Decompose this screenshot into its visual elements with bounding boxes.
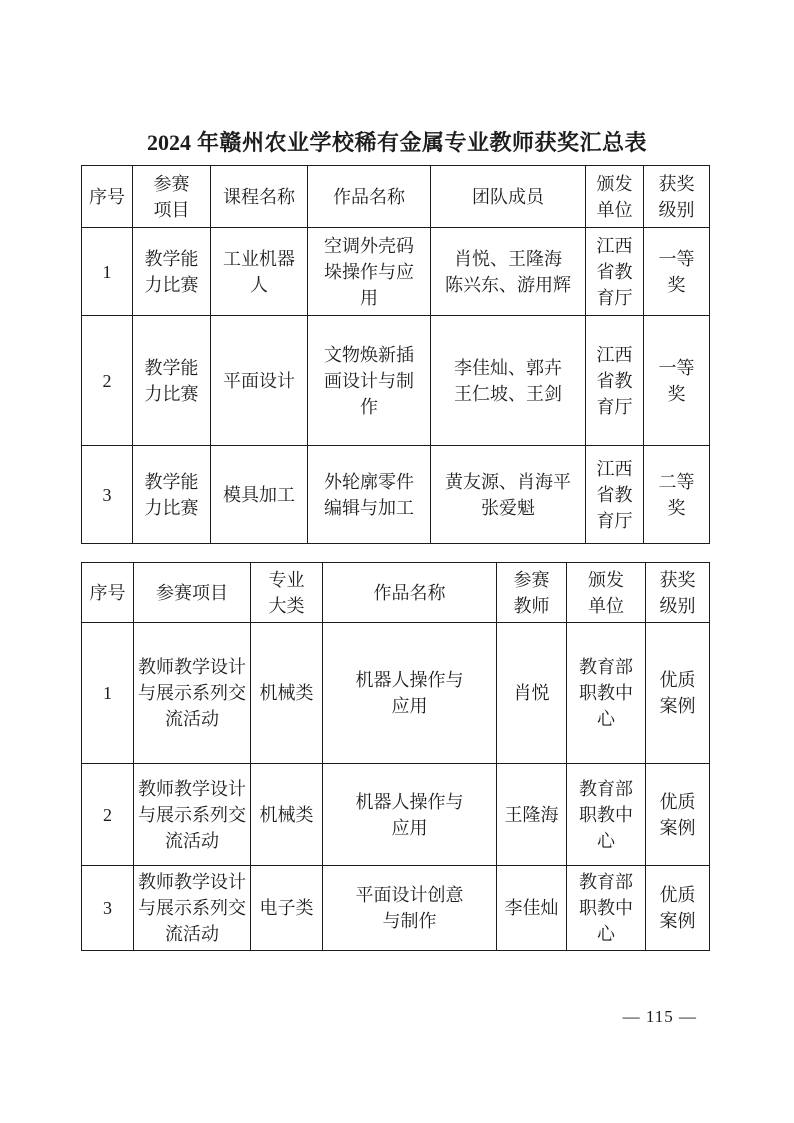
header-event: 参赛项目 (134, 563, 251, 623)
cell-work: 空调外壳码 垛操作与应 用 (308, 228, 431, 316)
header-work: 作品名称 (323, 563, 497, 623)
page-number: — 115 — (623, 1006, 697, 1028)
table-row: 1 教学能 力比赛 工业机器 人 空调外壳码 垛操作与应 用 肖悦、王隆海 陈兴… (82, 228, 710, 316)
table-row: 2 教学能 力比赛 平面设计 文物焕新插 画设计与制 作 李佳灿、郭卉 王仁坡、… (82, 316, 710, 446)
header-work: 作品名称 (308, 166, 431, 228)
cell-award-level: 优质 案例 (646, 623, 710, 764)
cell-course: 模具加工 (211, 446, 308, 544)
cell-serial: 3 (82, 866, 134, 951)
table-row: 2 教师教学设计 与展示系列交 流活动 机械类 机器人操作与 应用 王隆海 教育… (82, 764, 710, 866)
cell-event: 教学能 力比赛 (133, 228, 211, 316)
table-row: 3 教学能 力比赛 模具加工 外轮廓零件 编辑与加工 黄友源、肖海平 张爱魁 江… (82, 446, 710, 544)
header-major-category: 专业 大类 (251, 563, 323, 623)
header-serial: 序号 (82, 563, 134, 623)
cell-event: 教师教学设计 与展示系列交 流活动 (134, 764, 251, 866)
cell-team: 黄友源、肖海平 张爱魁 (431, 446, 586, 544)
header-serial: 序号 (82, 166, 133, 228)
cell-issuer: 江西 省教 育厅 (586, 446, 644, 544)
cell-teacher: 肖悦 (497, 623, 567, 764)
cell-issuer: 教育部 职教中 心 (567, 764, 646, 866)
header-course: 课程名称 (211, 166, 308, 228)
header-teacher: 参赛 教师 (497, 563, 567, 623)
cell-serial: 3 (82, 446, 133, 544)
cell-serial: 2 (82, 316, 133, 446)
table-row: 1 教师教学设计 与展示系列交 流活动 机械类 机器人操作与 应用 肖悦 教育部… (82, 623, 710, 764)
cell-major-category: 机械类 (251, 764, 323, 866)
cell-work: 文物焕新插 画设计与制 作 (308, 316, 431, 446)
title-year: 2024 (147, 130, 191, 155)
cell-event: 教学能 力比赛 (133, 316, 211, 446)
cell-issuer: 教育部 职教中 心 (567, 623, 646, 764)
title-text: 年赣州农业学校稀有金属专业教师获奖汇总表 (197, 130, 647, 155)
header-issuer: 颁发 单位 (567, 563, 646, 623)
cell-work: 机器人操作与 应用 (323, 623, 497, 764)
cell-work: 机器人操作与 应用 (323, 764, 497, 866)
cell-event: 教学能 力比赛 (133, 446, 211, 544)
cell-team: 李佳灿、郭卉 王仁坡、王剑 (431, 316, 586, 446)
cell-award-level: 优质 案例 (646, 866, 710, 951)
cell-issuer: 江西 省教 育厅 (586, 228, 644, 316)
cell-award-level: 一等 奖 (644, 228, 710, 316)
table-header-row: 序号 参赛项目 专业 大类 作品名称 参赛 教师 颁发 单位 获奖 级别 (82, 563, 710, 623)
header-event: 参赛 项目 (133, 166, 211, 228)
cell-major-category: 电子类 (251, 866, 323, 951)
cell-serial: 1 (82, 623, 134, 764)
cell-teacher: 王隆海 (497, 764, 567, 866)
cell-award-level: 优质 案例 (646, 764, 710, 866)
cell-work: 外轮廓零件 编辑与加工 (308, 446, 431, 544)
header-award-level: 获奖 级别 (646, 563, 710, 623)
cell-major-category: 机械类 (251, 623, 323, 764)
cell-team: 肖悦、王隆海 陈兴东、游用辉 (431, 228, 586, 316)
awards-table-provincial: 序号 参赛 项目 课程名称 作品名称 团队成员 颁发 单位 获奖 级别 1 教学… (81, 165, 710, 544)
cell-issuer: 教育部 职教中 心 (567, 866, 646, 951)
awards-table-national: 序号 参赛项目 专业 大类 作品名称 参赛 教师 颁发 单位 获奖 级别 1 教… (81, 562, 710, 951)
table-row: 3 教师教学设计 与展示系列交 流活动 电子类 平面设计创意 与制作 李佳灿 教… (82, 866, 710, 951)
document-page: 2024年赣州农业学校稀有金属专业教师获奖汇总表 序号 参赛 项目 课程名称 作… (0, 0, 794, 1123)
header-award-level: 获奖 级别 (644, 166, 710, 228)
cell-issuer: 江西 省教 育厅 (586, 316, 644, 446)
cell-course: 工业机器 人 (211, 228, 308, 316)
table-header-row: 序号 参赛 项目 课程名称 作品名称 团队成员 颁发 单位 获奖 级别 (82, 166, 710, 228)
cell-work: 平面设计创意 与制作 (323, 866, 497, 951)
page-title: 2024年赣州农业学校稀有金属专业教师获奖汇总表 (0, 128, 794, 158)
header-issuer: 颁发 单位 (586, 166, 644, 228)
cell-award-level: 一等 奖 (644, 316, 710, 446)
cell-course: 平面设计 (211, 316, 308, 446)
cell-serial: 1 (82, 228, 133, 316)
cell-teacher: 李佳灿 (497, 866, 567, 951)
cell-event: 教师教学设计 与展示系列交 流活动 (134, 623, 251, 764)
header-team: 团队成员 (431, 166, 586, 228)
cell-award-level: 二等 奖 (644, 446, 710, 544)
cell-serial: 2 (82, 764, 134, 866)
cell-event: 教师教学设计 与展示系列交 流活动 (134, 866, 251, 951)
